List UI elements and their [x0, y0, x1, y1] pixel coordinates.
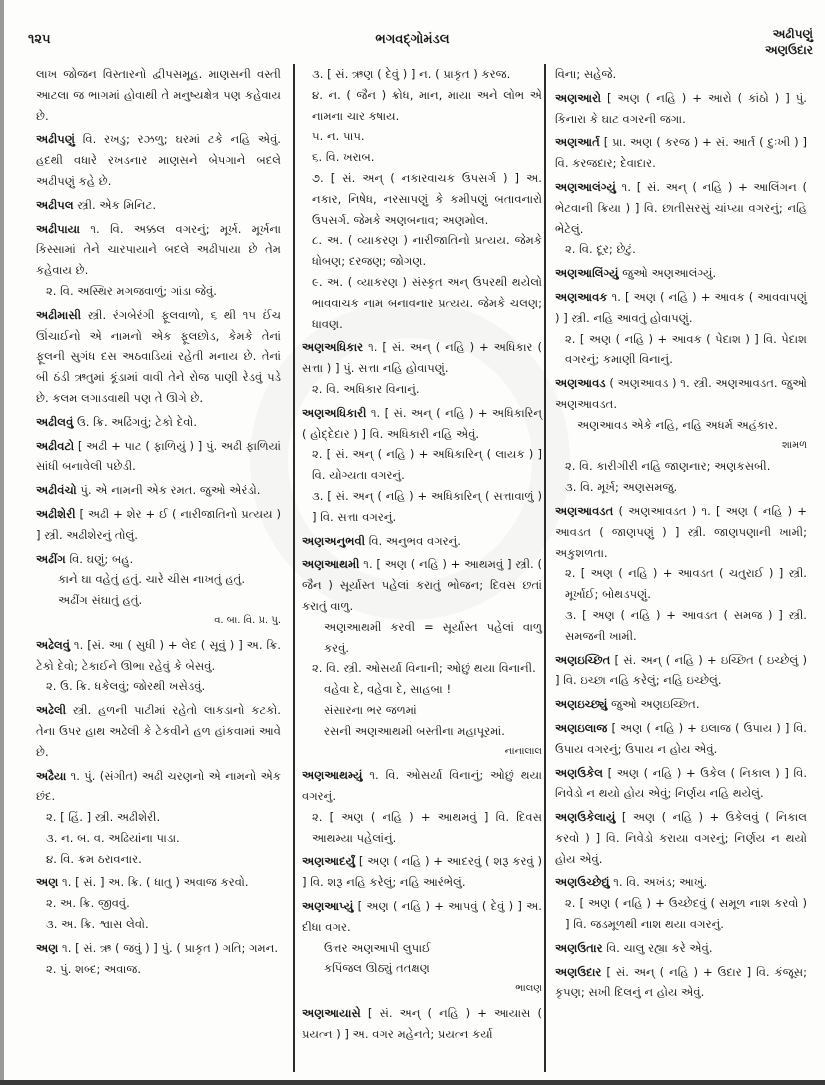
- entry-headword: અણઆલિંગ્યું: [555, 266, 619, 280]
- column-right: વિના; સહેજે.અણઆરો [ અણ ( નહિ ) + આરો ( ક…: [555, 64, 807, 1006]
- dictionary-entry: અઢેલવું ૧. [સં. આ ( સુધી ) + લેદ ( સૂવું…: [36, 635, 281, 697]
- entry-headword: અણઆથમ્યું: [302, 768, 362, 782]
- dictionary-entry: અઢીંગ વિ. ઘણું; બહુ.કાને ઘા વહેતું હતું.…: [36, 549, 281, 632]
- quotation-line: ઉત્તર અણઆપી લુપાઈ: [302, 938, 542, 959]
- dictionary-entry: અણઅધિકારી ૧. [ સં. અન્ ( નહિ ) + અધિકારિ…: [302, 403, 542, 528]
- dictionary-entry: અઢીશેરી [ અઢી + શેર + ઈ ( નારીજાતિનો પ્ર…: [36, 504, 281, 546]
- entry-definition: ૧. વિ. અખંડ; આખું.: [613, 875, 707, 889]
- entry-headword: અણઉતાર: [555, 941, 603, 955]
- sub-sense: ૩. [ અણ ( નહિ ) + આવડત ( સમજ ) ] સ્ત્રી.…: [555, 605, 807, 647]
- dictionary-entry: અણઆથમી ૧. [ અણ ( નહિ ) + આથમવું ] સ્ત્રી…: [302, 554, 542, 762]
- entry-definition: ૧. પું. (સંગીત) અઢી ચરણનો એ નામનો એક છંદ…: [36, 769, 281, 804]
- entry-headword: અણઆથમી: [302, 557, 359, 571]
- dictionary-entry: અઢીવંચો પું. એ નામની એક રમત. જુઓ એરંડો.: [36, 480, 281, 501]
- dictionary-entry: અણઇચ્છિત [ સં. અન્ ( નહિ ) + ઇચ્છિત ( ઇચ…: [555, 650, 807, 692]
- quotation-line: રસની અણઆથમી બસ્તીના મહાપૂરમાં.: [302, 721, 542, 742]
- dictionary-entry: અણ ૧. [ સં. ] અ. ક્રિ. ( ધાતુ ) અવાજ કરવ…: [36, 872, 281, 934]
- dictionary-entry: અણઆવડત ( અણઆવડત ) ૧. [ અણ ( નહિ ) + આવડત…: [555, 501, 807, 647]
- sub-sense: ૨. [ અણ ( નહિ ) + ઉચ્છેદવું ( સમૂળ નાશ ક…: [555, 893, 807, 935]
- entry-headword: અણ: [36, 941, 58, 955]
- entry-definition: ઉ. ક્રિ. અઢિંગવું; ટેકો દેવો.: [77, 415, 197, 429]
- quotation-line: કાને ઘા વહેતું હતું. ચારે ચીસ નાખતું હતુ…: [36, 569, 281, 590]
- quotation-line: વહેવા દે, વહેવા દે, સાહબા !: [302, 679, 542, 700]
- entry-headword: અણઇચ્છ્યું: [555, 697, 607, 711]
- entry-definition: વિ. અનુભવ વગરનું.: [369, 534, 461, 548]
- dictionary-entry: અણઅનુભવી વિ. અનુભવ વગરનું.: [302, 531, 542, 552]
- guide-words: અઢીપણું અણઉદાર: [765, 26, 813, 58]
- dictionary-entry: અણઉતાર વિ. ચાલુ રહ્યા કરે એવું.: [555, 938, 807, 959]
- entry-definition: સ્ત્રી. હળની પાટીમાં રહેતો લાકડાનો કટકો.…: [36, 703, 281, 759]
- entry-definition: લાખ જોજન વિસ્તારનો દ્વીપસમૂહ. માણસની વસ્…: [36, 67, 281, 123]
- entry-headword: અણઅધિકારી: [302, 406, 367, 420]
- guide-word-last: અણઉદાર: [765, 42, 813, 58]
- dictionary-entry: અઢીમાસી સ્ત્રી. રંગબેરંગી ફૂલવાળો, ૬ થી …: [36, 305, 281, 409]
- sub-sense: ૬. વિ. ખરાબ.: [302, 147, 542, 168]
- dictionary-entry: અણઉકેલાયું [ અણ ( નહિ ) + ઉકેલવું ( નિકા…: [555, 807, 807, 869]
- dictionary-entry: અઢેલી સ્ત્રી. હળની પાટીમાં રહેતો લાકડાનો…: [36, 700, 281, 762]
- sub-sense: ૪. વિ. ક્રમ ઠરાવનાર.: [36, 849, 281, 870]
- entry-headword: અણઆલંગ્યું: [555, 180, 616, 194]
- quotation-attribution: ભાલણ: [302, 979, 542, 1000]
- quotation-attribution: શામળ: [555, 436, 807, 457]
- page-edge-bottom: [0, 1080, 825, 1085]
- dictionary-entry: અણઉચ્છેદ્યું ૧. વિ. અખંડ; આખું.૨. [ અણ (…: [555, 872, 807, 934]
- entry-headword: અઢેલવું: [36, 638, 70, 652]
- dictionary-entry: અણઇલાજ [ અણ ( નહિ ) + ઇલાજ ( ઉપાય ) ] વિ…: [555, 718, 807, 760]
- sub-sense: ૨. [ સં. અન્ ( નહિ ) + અધિકારિન્ ( લાયક …: [302, 444, 542, 486]
- sub-sense: ૨. પું. શબ્દ; અવાજ.: [36, 959, 281, 980]
- sub-sense: ૩. [ સં. અન્ ( નહિ ) + અધિકારિન્ ( સત્તા…: [302, 486, 542, 528]
- entry-headword: અઢીવંચો: [36, 483, 77, 497]
- quotation-line: કપિંજલ ઊઠ્યું તતક્ષણ: [302, 958, 542, 979]
- dictionary-entry: અણઅધિકાર ૧. [ સં. અન્ ( નહિ ) + અધિકાર (…: [302, 337, 542, 399]
- entry-headword: અઢીશેરી: [36, 507, 76, 521]
- dictionary-entry: અણઆર્ત [ પ્રા. અણ ( કરજ ) + સં. આર્ત ( દ…: [555, 132, 807, 174]
- sub-sense: ૩. વિ. મૂર્ખ; અણસમજુ.: [555, 477, 807, 498]
- entry-headword: અઢૈયા: [36, 769, 66, 783]
- sub-sense: ૨. [ અણ ( નહિ ) + આવડત ( ચતુરાઈ ) ] સ્ત્…: [555, 563, 807, 605]
- dictionary-entry: અણ ૧. [ સં. ઋ ( જવું ) ] પું. ( પ્રાકૃત …: [36, 938, 281, 980]
- sub-sense: ૩. અ. ક્રિ. શ્વાસ લેવો.: [36, 914, 281, 935]
- dictionary-entry: અણઉદાર [ સં. અન્ ( નહિ ) + ઉદાર ] વિ. કં…: [555, 962, 807, 1004]
- guide-word-first: અઢીપણું: [765, 26, 813, 42]
- column-divider: [293, 64, 295, 1072]
- sub-sense: ૨. ઉ. ક્રિ. ધકેલવું; જોરથી ખસેડવું.: [36, 676, 281, 697]
- entry-headword: અણઇલાજ: [555, 721, 607, 735]
- entry-headword: અઢીપલ: [36, 198, 74, 212]
- sub-sense: ૨. [ અણ ( નહિ ) + આથમવું ] વિ. દિવસ આથમ્…: [302, 807, 542, 849]
- column-left: લાખ જોજન વિસ્તારનો દ્વીપસમૂહ. માણસની વસ્…: [36, 64, 281, 982]
- entry-headword: અણઆરો: [555, 91, 601, 105]
- sub-sense: ૩. ન. બ. વ. અઢિયાંના પાડા.: [36, 828, 281, 849]
- sub-sense: ૩. [ સં. ઋણ ( દેવું ) ] ન. ( પ્રાકૃત ) ક…: [302, 64, 542, 85]
- quotation-line: અઢીંગ સંઘાતું હતું.: [36, 590, 281, 611]
- dictionary-entry: અઢીલવું ઉ. ક્રિ. અઢિંગવું; ટેકો દેવો.: [36, 412, 281, 433]
- dictionary-entry: અણઆવડ ( અણઆવડ ) ૧. સ્ત્રી. અણઆવડત. જુઓ અ…: [555, 373, 807, 498]
- sub-sense: ૨. [ અણ ( નહિ ) + આવક ( પેદાશ ) ] વિ. પે…: [555, 329, 807, 371]
- sub-sense: ૨. અ. ક્રિ. જીવવું.: [36, 893, 281, 914]
- entry-headword: અઢીપાયા: [36, 222, 80, 236]
- sub-sense: ૭. [ સં. અન્ ( નકારવાચક ઉપસર્ગ ) ] અ. નક…: [302, 168, 542, 230]
- entry-definition: જુઓ અણઇચ્છિત.: [611, 697, 699, 711]
- entry-definition: ૧. [ સં. ] અ. ક્રિ. ( ધાતુ ) અવાજ કરવો.: [62, 875, 249, 889]
- dictionary-entry: અણઆપ્યું [ અણ ( નહિ ) + આપવું ( દેવું ) …: [302, 896, 542, 1000]
- quotation-line: અણઆવડ એકે નહિ, નહિ અધર્મ અહંકાર.: [555, 415, 807, 436]
- entry-definition: વિ. ઘણું; બહુ.: [69, 552, 133, 566]
- dictionary-page: ૧૨૫ ભગવદ્ગોમંડલ અઢીપણું અણઉદાર લાખ જોજન …: [0, 0, 825, 1085]
- page-edge-left: [0, 0, 4, 1085]
- dictionary-entry: અઢીપણું વિ. રખડુ; રઝળુ; ઘરમાં ટકે નહિ એવ…: [36, 129, 281, 191]
- entry-headword: અઢીવટો: [36, 439, 74, 453]
- entry-headword: અણઆવડત: [555, 504, 613, 518]
- dictionary-entry: અણઉકેલ [ અણ ( નહિ ) + ઉકેલ ( નિકાલ ) ] વ…: [555, 763, 807, 805]
- dictionary-entry: અઢૈયા ૧. પું. (સંગીત) અઢી ચરણનો એ નામનો …: [36, 766, 281, 870]
- quotation-attribution: નાનાલાલ: [302, 742, 542, 763]
- sub-sense: ૨. વિ. દૂર; છેટું.: [555, 239, 807, 260]
- sub-sense: ૨. વિ. સ્ત્રી. ઓસર્યા વિનાની; ઓછું થયા વ…: [302, 658, 542, 679]
- entry-definition: વિ. ચાલુ રહ્યા કરે એવું.: [606, 941, 712, 955]
- entry-headword: અણઉચ્છેદ્યું: [555, 875, 610, 889]
- sub-sense: ૨. વિ. અધિકાર વિનાનું.: [302, 379, 542, 400]
- entry-headword: અઢીંગ: [36, 552, 66, 566]
- sub-sense: ૨. [ હિં. ] સ્ત્રી. અઢીશેરી.: [36, 807, 281, 828]
- sub-sense: ૫. ન. પાપ.: [302, 126, 542, 147]
- dictionary-entry: અણઆવક ૧. [ અણ ( નહિ ) + આવક ( આવવાપણું )…: [555, 287, 807, 370]
- sub-sense: ૪. ન. ( જૈન ) ક્રોધ, માન, માયા અને લોભ એ…: [302, 85, 542, 127]
- entry-headword: અણઅનુભવી: [302, 534, 365, 548]
- dictionary-entry: અણઆયાસે [ સં. અન્ ( નહિ ) + આયાસ ( પ્રયત…: [302, 1003, 542, 1045]
- entry-headword: અણઇચ્છિત: [555, 653, 610, 667]
- dictionary-entry: અણઆથમ્યું ૧. વિ. ઓસર્યા વિનાનું; ઓછું થય…: [302, 765, 542, 848]
- entry-definition: સ્ત્રી. એક મિનિટ.: [77, 198, 156, 212]
- column-divider: [544, 64, 546, 1072]
- entry-definition: વિના; સહેજે.: [555, 67, 616, 81]
- entry-headword: અણઅધિકાર: [302, 340, 363, 354]
- sub-sense: ૨. વિ. અસ્થિર મગજવાળું; ગાંડા જેવું.: [36, 281, 281, 302]
- dictionary-entry: અણઆરો [ અણ ( નહિ ) + આરો ( કાંઠો ) ] પું…: [555, 88, 807, 130]
- dictionary-entry: અણઆલિંગ્યું જુઓ અણઆલંગ્યું.: [555, 263, 807, 284]
- running-title: ભગવદ્ગોમંડલ: [0, 32, 825, 47]
- dictionary-entry: અઢીપાયા ૧. વિ. અક્કલ વગરનું; મૂર્ખ. મૂર્…: [36, 219, 281, 302]
- entry-headword: અઢીપણું: [36, 132, 75, 146]
- entry-headword: અણઉકેલાયું: [555, 810, 615, 824]
- page-header: ૧૨૫ ભગવદ્ગોમંડલ અઢીપણું અણઉદાર: [0, 24, 825, 68]
- usage-example: અણઆથમી કરવી = સૂર્યાસ્ત પહેલાં વાળુ કરવુ…: [302, 617, 542, 659]
- entry-definition: ૧. [ સં. ઋ ( જવું ) ] પું. ( પ્રાકૃત ) ગ…: [62, 941, 278, 955]
- entry-definition: જુઓ અણઆલંગ્યું.: [622, 266, 716, 280]
- dictionary-entry: વિના; સહેજે.: [555, 64, 807, 85]
- entry-headword: અણઆયાસે: [302, 1006, 361, 1020]
- entry-headword: અણઉદાર: [555, 965, 601, 979]
- entry-headword: અણઆવક: [555, 290, 608, 304]
- entry-headword: અઢીલવું: [36, 415, 73, 429]
- dictionary-entry: અણઆદર્યું [ અણ ( નહિ ) + આદરવું ( શરૂ કર…: [302, 851, 542, 893]
- dictionary-entry: અણઆલંગ્યું ૧. [ સં. અન્ ( નહિ ) + આલિંગન…: [555, 177, 807, 260]
- entry-definition: સ્ત્રી. રંગબેરંગી ફૂલવાળો, ૬ થી ૧૫ ઈંચ ઊ…: [36, 308, 281, 405]
- entry-headword: અણઆવડ: [555, 376, 606, 390]
- sub-sense: ૯. અ. ( વ્યાકરણ ) સંસ્કૃત અન્ ઉપરથી થયેલ…: [302, 272, 542, 334]
- entry-headword: અણઆદર્યું: [302, 854, 355, 868]
- dictionary-entry: અઢીવટો [ અઢી + પાટ ( ફાળિયું ) ] પું. અઢ…: [36, 436, 281, 478]
- dictionary-entry: ૩. [ સં. ઋણ ( દેવું ) ] ન. ( પ્રાકૃત ) ક…: [302, 64, 542, 334]
- entry-definition: ૧. [સં. આ ( સુધી ) + લેદ ( સૂવું ) ] અ. …: [36, 638, 281, 673]
- dictionary-entry: અઢીપલ સ્ત્રી. એક મિનિટ.: [36, 195, 281, 216]
- sub-sense: ૨. વિ. કારીગીરી નહિ જાણનાર; અણકસબી.: [555, 456, 807, 477]
- entry-headword: અઢેલી: [36, 703, 66, 717]
- entry-headword: અણઆપ્યું: [302, 899, 353, 913]
- quotation-line: સંસારના ભર જળમાં: [302, 700, 542, 721]
- dictionary-entry: અણઇચ્છ્યું જુઓ અણઇચ્છિત.: [555, 694, 807, 715]
- entry-headword: અણઆર્ત: [555, 135, 600, 149]
- entry-headword: અણઉકેલ: [555, 766, 603, 780]
- entry-headword: અઢીમાસી: [36, 308, 81, 322]
- entry-definition: પું. એ નામની એક રમત. જુઓ એરંડો.: [80, 483, 260, 497]
- sub-sense: ૮. અ. ( વ્યાકરણ ) નારીજાતિનો પ્રત્યય. જે…: [302, 230, 542, 272]
- quotation-attribution: વ. બા. વિ. પ્ર. પુ.: [36, 611, 281, 632]
- dictionary-entry: લાખ જોજન વિસ્તારનો દ્વીપસમૂહ. માણસની વસ્…: [36, 64, 281, 126]
- column-middle: ૩. [ સં. ઋણ ( દેવું ) ] ન. ( પ્રાકૃત ) ક…: [302, 64, 542, 1048]
- entry-headword: અણ: [36, 875, 58, 889]
